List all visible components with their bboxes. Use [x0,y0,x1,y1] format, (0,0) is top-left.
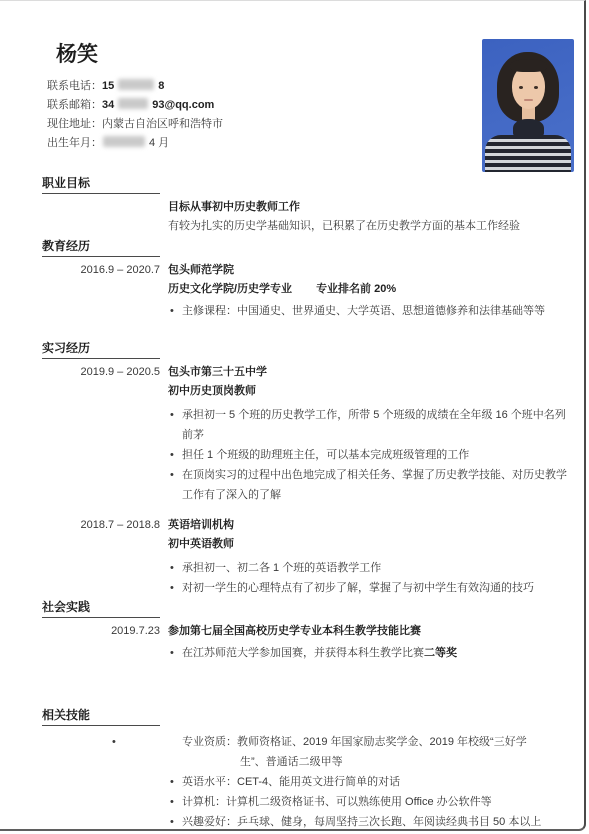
practice-date: 2019.7.23 [0,622,160,663]
bullet-item: 对初一学生的心理特点有了初步了解，掌握了与初中学生有效沟通的技巧 [168,578,570,598]
education-date: 2016.9 – 2020.7 [0,261,160,321]
bullet-item: 兴趣爱好：乒乓球、健身，每周坚持三次长跑、年阅读经典书目 50 本以上 [168,812,550,831]
redaction-blur [118,79,154,90]
skills-details: 专业资质：教师资格证、2019 年国家励志奖学金、2019 年校级“三好学生”、… [168,730,584,831]
redaction-blur [118,98,148,109]
section-title-practice: 社会实践 [42,600,160,618]
skills-date-spacer [0,730,160,831]
internship-1-details: 包头市第三十五中学 初中历史顶岗教师 承担初一 5 个班的历史教学工作，所带 5… [168,363,584,505]
bullet-item: 承担初一 5 个班的历史教学工作，所带 5 个班级的成绩在全年级 16 个班中名… [168,405,570,445]
practice-entry: 2019.7.23 参加第七届全国高校历史学专业本科生教学技能比赛 在江苏师范大… [0,622,584,663]
internship-2-role: 初中英语教师 [168,535,570,554]
objective-summary: 有较为扎实的历史学基础知识，已积累了在历史教学方面的基本工作经验 [168,217,570,236]
phone-value-suffix: 8 [158,80,164,92]
bullet-item: 在顶岗实习的过程中出色地完成了相关任务、掌握了历史教学技能、对历史教学工作有了深… [168,465,570,505]
practice-bullets: 在江苏师范大学参加国赛，并获得本科生教学比赛二等奖 [168,643,570,663]
address-label: 现住地址： [47,118,102,130]
internship-2-details: 英语培训机构 初中英语教师 承担初一、初二各 1 个班的英语教学工作 对初一学生… [168,516,584,598]
skills-entry: 专业资质：教师资格证、2019 年国家励志奖学金、2019 年校级“三好学生”、… [0,730,584,831]
bullet-item: 计算机：计算机二级资格证书、可以熟练使用 Office 办公软件等 [168,792,550,812]
photo-eye-right [534,86,538,89]
section-education: 教育经历 2016.9 – 2020.7 包头师范学院 历史文化学院/历史学专业… [0,239,584,321]
major-rank: 专业排名前 20% [316,283,396,295]
internship-2-date: 2018.7 – 2018.8 [0,516,160,598]
photo-eye-left [519,86,523,89]
practice-bullet-text: 在江苏师范大学参加国赛，并获得本科生教学比赛 [182,647,424,659]
section-title-skills: 相关技能 [42,708,160,726]
practice-award: 二等奖 [424,647,457,659]
practice-details: 参加第七届全国高校历史学专业本科生教学技能比赛 在江苏师范大学参加国赛，并获得本… [168,622,584,663]
photo-collar [513,119,544,139]
internship-entry-2: 2018.7 – 2018.8 英语培训机构 初中英语教师 承担初一、初二各 1… [0,516,584,598]
internship-2-org: 英语培训机构 [168,516,570,535]
section-social-practice: 社会实践 2019.7.23 参加第七届全国高校历史学专业本科生教学技能比赛 在… [0,600,584,663]
bullet-item: 专业资质：教师资格证、2019 年国家励志奖学金、2019 年校级“三好学生”、… [168,732,550,772]
education-details: 包头师范学院 历史文化学院/历史学专业专业排名前 20% 主修课程：中国通史、世… [168,261,584,321]
education-entry: 2016.9 – 2020.7 包头师范学院 历史文化学院/历史学专业专业排名前… [0,261,584,321]
email-value-prefix: 34 [102,99,114,111]
section-objective: 职业目标 目标从事初中历史教师工作 有较为扎实的历史学基础知识，已积累了在历史教… [0,176,584,236]
bullet-item: 承担初一、初二各 1 个班的英语教学工作 [168,558,570,578]
internship-1-date: 2019.9 – 2020.5 [0,363,160,505]
internship-1-bullets: 承担初一 5 个班的历史教学工作，所带 5 个班级的成绩在全年级 16 个班中名… [168,405,570,505]
redaction-blur [103,136,145,147]
resume-header: 杨笑 联系电话：158 联系邮箱：3493@qq.com 现住地址：内蒙古自治区… [0,41,584,153]
bullet-item: 主修课程：中国通史、世界通史、大学英语、思想道德修养和法律基础等等 [168,301,570,321]
photo-striped-sweater [485,135,571,172]
phone-label: 联系电话： [47,80,102,92]
bullet-item: 英语水平：CET-4、能用英文进行简单的对话 [168,772,550,792]
objective-body: 目标从事初中历史教师工作 有较为扎实的历史学基础知识，已积累了在历史教学方面的基… [168,198,584,236]
bullet-item: 担任 1 个班级的助理班主任，可以基本完成班级管理的工作 [168,445,570,465]
internship-1-org: 包头市第三十五中学 [168,363,570,382]
education-bullets: 主修课程：中国通史、世界通史、大学英语、思想道德修养和法律基础等等 [168,301,570,321]
major-name: 历史文化学院/历史学专业 [168,283,292,295]
section-title-internship: 实习经历 [42,341,160,359]
email-value-suffix: 93@qq.com [152,99,214,111]
address-value: 内蒙古自治区呼和浩特市 [102,118,223,130]
skills-bullets: 专业资质：教师资格证、2019 年国家励志奖学金、2019 年校级“三好学生”、… [168,732,550,831]
section-title-education: 教育经历 [42,239,160,257]
internship-1-role: 初中历史顶岗教师 [168,382,570,401]
internship-2-bullets: 承担初一、初二各 1 个班的英语教学工作 对初一学生的心理特点有了初步了解，掌握… [168,558,570,598]
section-internship: 实习经历 2019.9 – 2020.5 包头市第三十五中学 初中历史顶岗教师 … [0,341,584,598]
birth-value-suffix: 4 月 [149,137,169,149]
objective-headline: 目标从事初中历史教师工作 [168,198,570,217]
bullet-item: 在江苏师范大学参加国赛，并获得本科生教学比赛二等奖 [168,643,570,663]
section-skills: 相关技能 专业资质：教师资格证、2019 年国家励志奖学金、2019 年校级“三… [0,708,584,831]
practice-event: 参加第七届全国高校历史学专业本科生教学技能比赛 [168,622,570,641]
photo-face [512,66,545,109]
resume-page: 杨笑 联系电话：158 联系邮箱：3493@qq.com 现住地址：内蒙古自治区… [0,0,586,831]
section-title-objective: 职业目标 [42,176,160,194]
photo-mouth [524,99,533,101]
profile-photo [482,39,574,172]
major-line: 历史文化学院/历史学专业专业排名前 20% [168,280,570,299]
phone-value-prefix: 15 [102,80,114,92]
school-name: 包头师范学院 [168,261,570,280]
email-label: 联系邮箱： [47,99,102,111]
internship-entry-1: 2019.9 – 2020.5 包头市第三十五中学 初中历史顶岗教师 承担初一 … [0,363,584,505]
photo-bangs [510,59,547,72]
birth-label: 出生年月： [47,137,102,149]
